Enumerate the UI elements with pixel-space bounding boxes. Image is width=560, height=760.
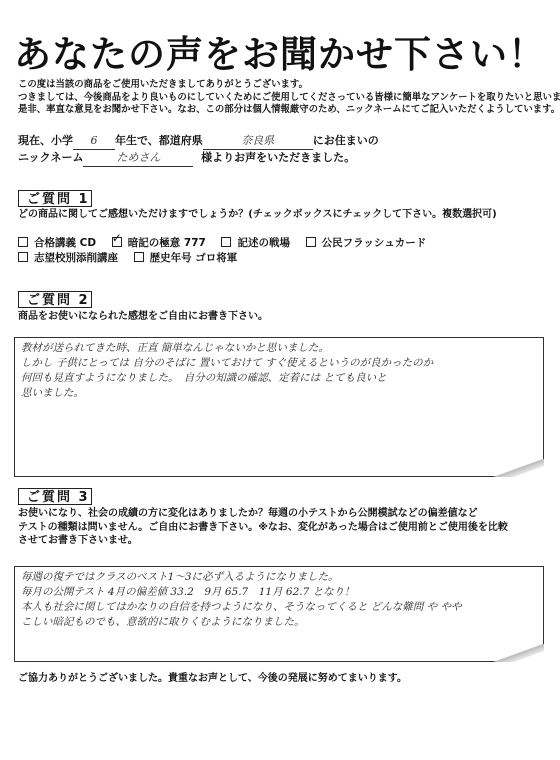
question3-answer-box[interactable]: 毎週の復テではクラスのベスト1～3に必ず入るようになりました。 毎月の公開テスト… bbox=[14, 566, 544, 662]
answer-line: 思いました。 bbox=[21, 386, 537, 401]
answer-line: 本人も社会に関してはかなりの自信を持つようになり、そうなってくると どんな難問 … bbox=[21, 600, 537, 615]
grade-suffix: 年生で、都道府県 bbox=[115, 134, 203, 147]
checkbox-icon[interactable] bbox=[306, 237, 316, 247]
answer-line: 何回も見直すようになりました。 自分の知識の確認、定着には とても良いと bbox=[21, 371, 537, 386]
page-curl-decoration bbox=[490, 459, 544, 477]
checkbox-option[interactable]: 暗記の極意 777 bbox=[112, 236, 206, 251]
checkbox-option[interactable]: 合格講義 CD bbox=[18, 236, 96, 251]
checkbox-icon[interactable] bbox=[134, 252, 144, 262]
page-curl-decoration bbox=[490, 644, 544, 662]
question2-answer-box[interactable]: 教材が送られてきた時、正直 簡単なんじゃないかと思いました。 しかし 子供にとっ… bbox=[14, 337, 544, 477]
page-title: あなたの声をお聞かせ下さい！ bbox=[0, 24, 560, 78]
intro-line: つきましては、今後商品をより良いものにしていくためにご使用してくださっている皆様… bbox=[18, 92, 560, 105]
nickname-label: ニックネーム bbox=[18, 151, 83, 164]
prefecture-suffix: にお住まいの bbox=[313, 134, 379, 147]
closing-message: ご協力ありがとうございました。貴重なお声として、今後の発展に努めてまいります。 bbox=[18, 669, 407, 684]
answer-line: しかし 子供にとっては 自分のそばに 置いておけて すぐ使えるというのが良かった… bbox=[21, 356, 537, 371]
checkbox-icon[interactable] bbox=[18, 237, 28, 247]
grade-field[interactable]: 6 bbox=[73, 133, 115, 150]
grade-prefix: 現在、小学 bbox=[18, 134, 73, 147]
checkbox-icon[interactable] bbox=[221, 237, 231, 247]
prefecture-field[interactable]: 奈良県 bbox=[203, 133, 313, 150]
question3-label: ご質問 3 bbox=[18, 488, 92, 505]
checked-checkbox-icon[interactable] bbox=[112, 237, 122, 247]
nickname-suffix: 様よりお声をいただきました。 bbox=[201, 151, 355, 164]
question1-label: ご質問 1 bbox=[18, 190, 92, 207]
checkbox-option[interactable]: 記述の戦場 bbox=[221, 236, 290, 251]
question3-text: お使いになり、社会の成績の方に変化はありましたか？毎週の小テストから公開模試など… bbox=[18, 507, 508, 548]
question2-text: 商品をお使いになられた感想をご自由にお書き下さい。 bbox=[18, 310, 268, 324]
intro-line: 是非、率直な意見をお聞かせ下さい。なお、この部分は個人情報厳守のため、ニックネー… bbox=[18, 104, 560, 117]
question2-label: ご質問 2 bbox=[18, 291, 92, 308]
question1-text: どの商品に関してご感想いただけますでしょうか？(チェックボックスにチェックして下… bbox=[18, 208, 497, 222]
answer-line: 毎月の公開テスト 4月の偏差値 33.2 9月 65.7 11月 62.7 とな… bbox=[21, 585, 537, 600]
intro-text: この度は当該の商品をご使用いただきましてありがとうございます。 つきましては、今… bbox=[18, 79, 560, 117]
intro-line: この度は当該の商品をご使用いただきましてありがとうございます。 bbox=[18, 79, 560, 92]
answer-line: 毎週の復テではクラスのベスト1～3に必ず入るようになりました。 bbox=[21, 570, 537, 585]
answer-line: こしい暗記ものでも、意欲的に取りくむようになりました。 bbox=[21, 615, 537, 630]
checkbox-icon[interactable] bbox=[18, 252, 28, 262]
checkbox-option[interactable]: 公民フラッシュカード bbox=[306, 236, 427, 251]
checkbox-option[interactable]: 志望校別添削講座 bbox=[18, 251, 118, 266]
checkbox-option[interactable]: 歴史年号 ゴロ将軍 bbox=[134, 251, 238, 266]
answer-line: 教材が送られてきた時、正直 簡単なんじゃないかと思いました。 bbox=[21, 341, 537, 356]
nickname-field[interactable]: ためさん bbox=[83, 150, 193, 167]
respondent-info: 現在、小学6年生で、都道府県奈良県にお住まいの ニックネームためさん 様よりお声… bbox=[18, 133, 379, 167]
product-checkboxes: 合格講義 CD 暗記の極意 777 記述の戦場 公民フラッシュカード 志望校別添… bbox=[18, 236, 438, 266]
